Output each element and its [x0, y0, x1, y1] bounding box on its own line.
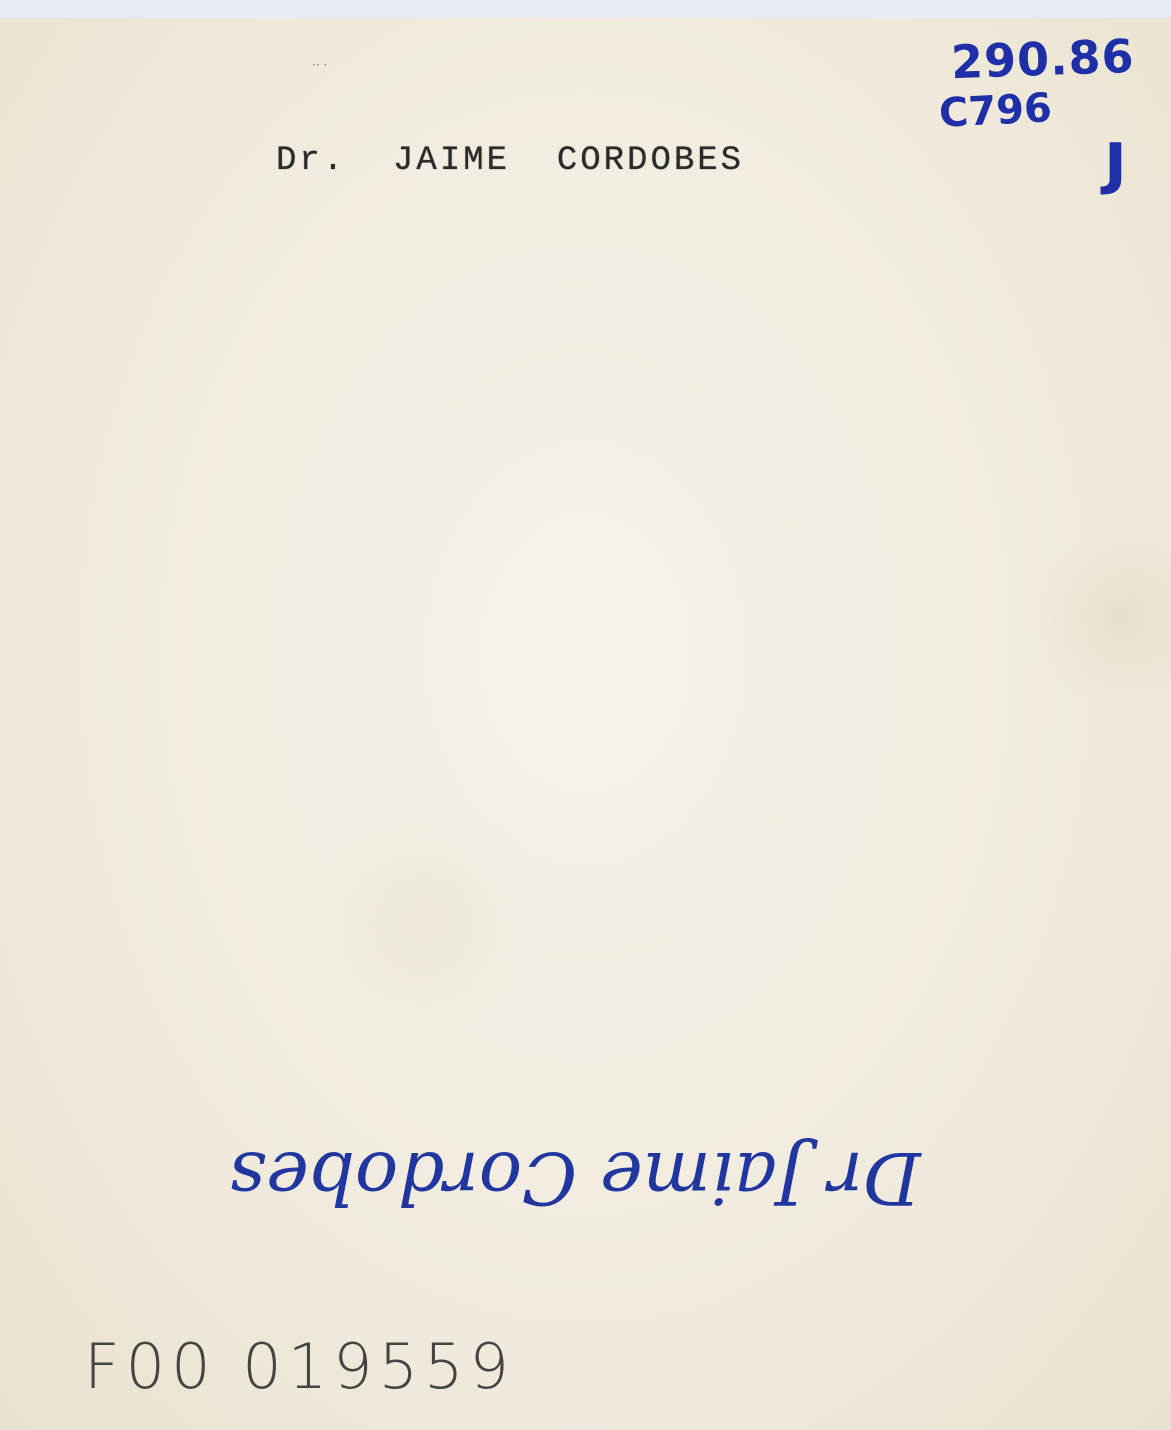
typed-name-label: Dr. JAIME CORDOBES [276, 142, 744, 180]
typewriter-smudge: ·· · [312, 58, 352, 88]
catalog-number-line2: C796 [938, 85, 1053, 137]
handwritten-signature: Dr Jaime Cordobes [75, 1103, 1075, 1253]
catalog-number: 290.86 C796 J [935, 32, 1165, 202]
inventory-number: F00 019559 [84, 1330, 515, 1403]
catalog-number-line1: 290.86 [950, 29, 1135, 89]
photo-back-paper: ·· · Dr. JAIME CORDOBES 290.86 C796 J Dr… [0, 18, 1171, 1430]
catalog-mark: J [1104, 132, 1127, 197]
